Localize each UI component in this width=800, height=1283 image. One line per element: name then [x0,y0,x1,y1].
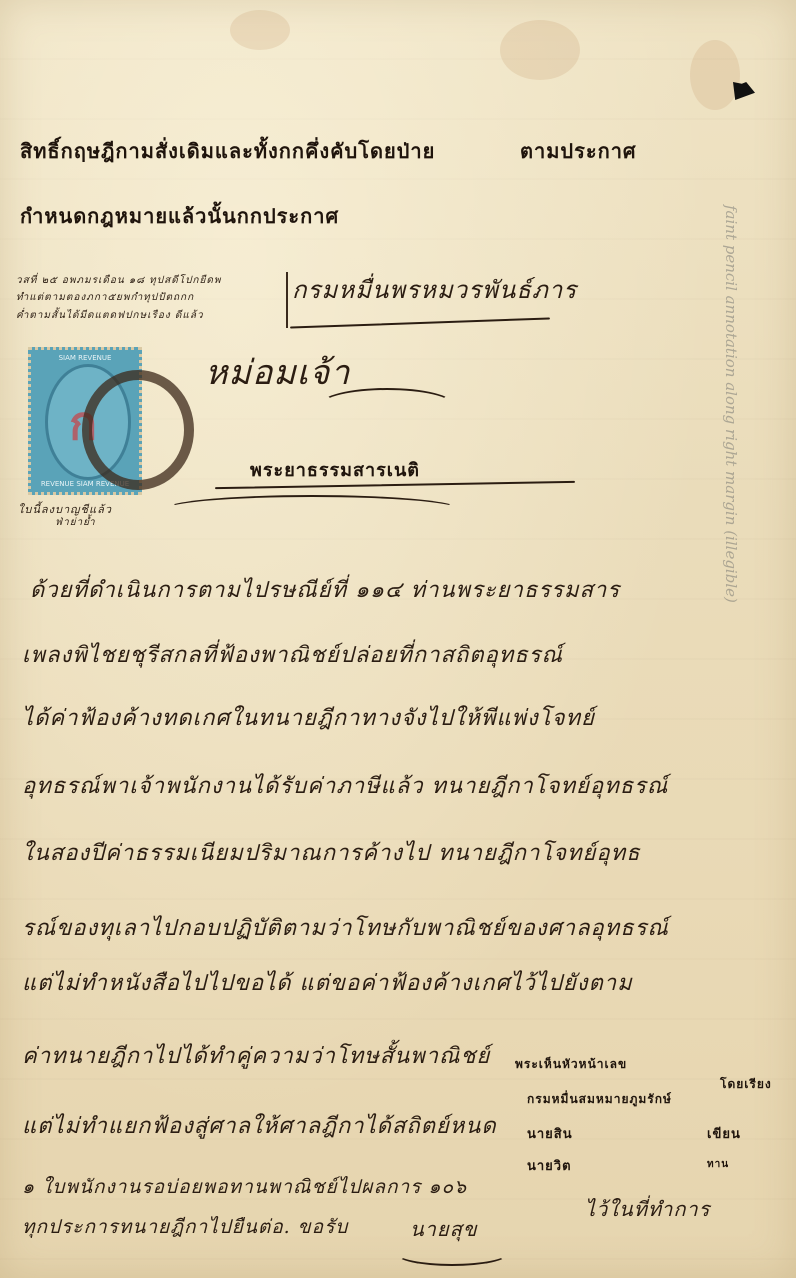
endorsement-line-3-left: นายวิต [527,1155,572,1176]
body-line-8: ค่าทนายฎีกาไปได้ทำคู่ความว่าโทษสั้นพาณิช… [22,1038,490,1073]
flourish-loop [165,495,459,523]
paper-stain [500,20,580,80]
addressee-line-1: กรมหมื่นพรหมวรพันธ์ภาร [292,270,577,309]
paper-stain [230,10,290,50]
side-note-bracket [286,272,288,328]
endorsement-line-3-right: ทาน [707,1157,729,1172]
body-line-9: แต่ไม่ทำแยกฟ้องสู่ศาลให้ศาลฎีกาได้สถิตย์… [22,1108,497,1143]
body-line-10: ๑ ใบพนักงานรอบ่อยพอทานพาณิชย์ไปผลการ ๑๐๖ [22,1172,467,1202]
header-line-1-right: ตามประกาศ [520,135,637,167]
side-note-line-2: ทำแต่ตามตองภกา๕ยพกำทุปปัตถกก [16,290,194,305]
cancellation-ring [82,370,194,490]
body-line-7: แต่ไม่ทำหนังสือไปไปขอได้ แต่ขอค่าฟ้องค้า… [22,965,633,1000]
endorsement-line-0: พระเห็นหัวหน้าเลข [515,1055,627,1074]
manuscript-page: สิทธิ์กฤษฎีกามสั่งเดิมและทั้งกกคึ่งคับโด… [0,0,796,1278]
endorsement-line-4: ไว้ในที่ทำการ [585,1193,710,1225]
paper-stain [690,40,740,110]
body-line-4: อุทธรณ์พาเจ้าพนักงานได้รับค่าภาษีแล้ว ทน… [22,768,668,803]
endorsement-line-1-right: โดยเรียง [720,1075,772,1094]
paper-hole [733,82,755,100]
body-line-5: ในสองปีค่าธรรมเนียมปริมาณการค้างไป ทนายฎ… [22,835,641,870]
flourish-line [290,317,550,328]
body-line-11: ทุกประการทนายฎีกาไปยืนต่อ. ขอรับ [22,1212,348,1242]
header-line-2: กำหนดกฎหมายแล้วนั้นกกประกาศ [20,200,339,232]
flourish-loop [320,388,454,422]
stamp-top-label: SIAM REVENUE [31,354,139,362]
endorsement-line-2-right: เขียน [707,1123,741,1144]
endorsement-line-1: กรมหมื่นสมหมายภูมรักษ์ [527,1090,672,1109]
stamp-caption-line-2: ฟ่าย่าย้ำ [55,515,96,530]
header-line-1: สิทธิ์กฤษฎีกามสั่งเดิมและทั้งกกคึ่งคับโด… [20,135,435,167]
side-note-line-1: วสที่ ๒๕ อพภมรเดือน ๑๘ ทุปสดีโปกยืดพ [16,273,221,288]
body-line-6: รณ์ของทุเลาไปกอบปฏิบัติตามว่าโทษกับพาณิช… [22,910,669,945]
body-line-3: ได้ค่าฟ้องค้างทดเกศในทนายฎีกาทางจังไปให้… [22,700,595,735]
body-line-2: เพลงพิไชยชุรีสกลที่ฟ้องพาณิชย์ปล่อยที่กา… [22,637,563,672]
side-note-line-3: ค่ำตามสั้นได้มีดแตดฟปกษเรือง ดีแล้ว [16,308,204,323]
addressee-line-2: หม่อมเจ้า [205,345,350,399]
margin-pencil-note: faint pencil annotation along right marg… [722,205,740,865]
body-line-1: ด้วยที่ดำเนินการตามไปรษณีย์ที่ ๑๑๔ ท่านพ… [30,572,620,607]
signature-flourish [395,1240,509,1266]
addressee-line-3: พระยาธรรมสารเนติ [250,455,420,484]
endorsement-line-2-left: นายสิน [527,1123,573,1144]
